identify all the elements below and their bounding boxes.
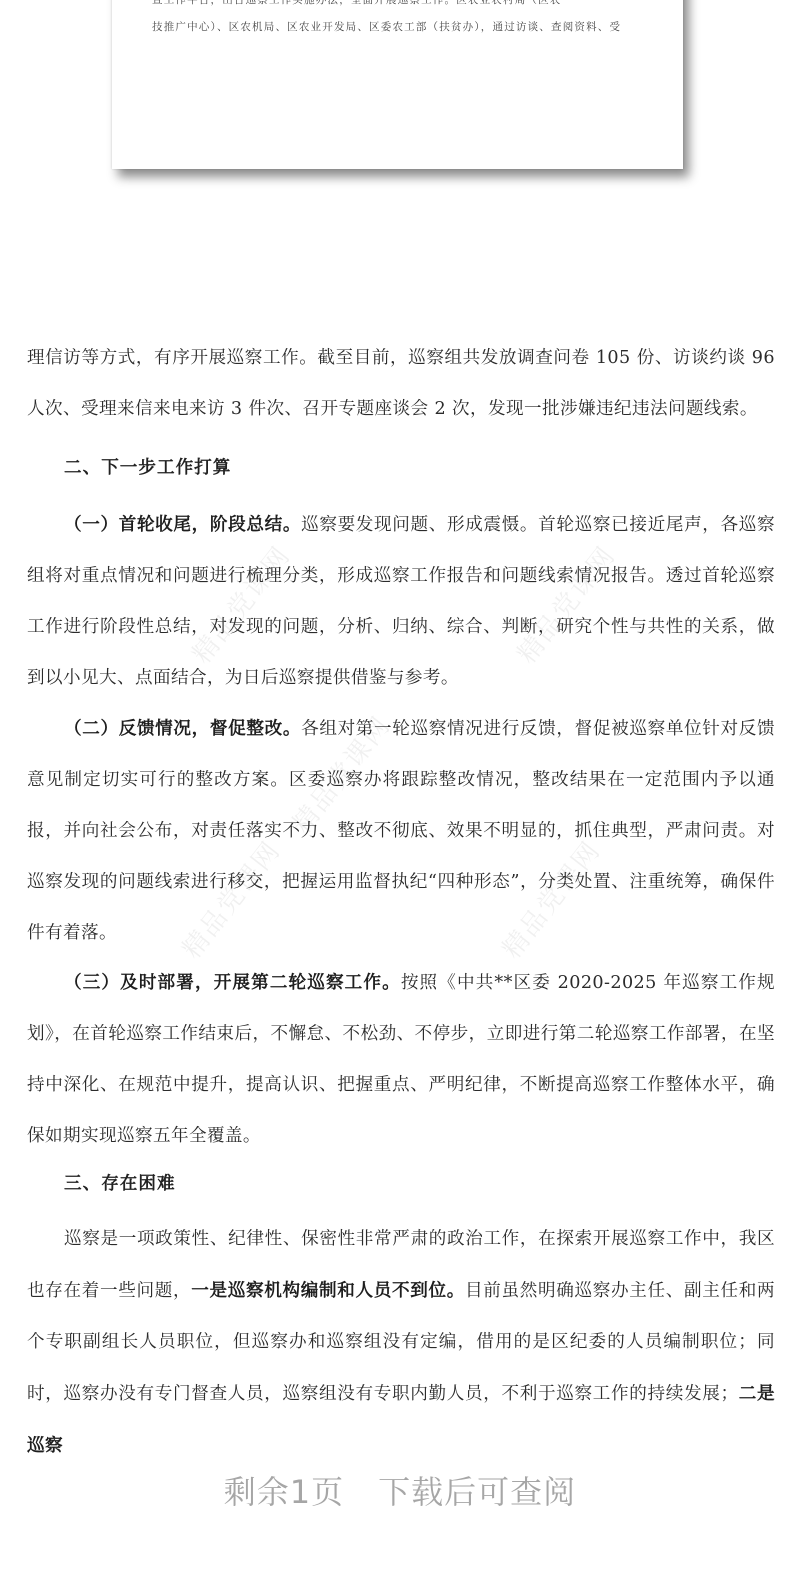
item-1-text: 巡察要发现问题、形成震慑。首轮巡察已接近尾声，各巡察组将对重点情况和问题进行梳理… <box>27 515 775 688</box>
card-text-line-partial: 查工作平台，出台巡察工作实施办法，全面开展巡察工作。区农业农村局（区农 <box>152 0 562 7</box>
remaining-pages-label[interactable]: 剩余1页 <box>224 1473 344 1511</box>
item-3-title: （三）及时部署，开展第二轮巡察工作。 <box>64 972 401 993</box>
paragraph-difficulties: 巡察是一项政策性、纪律性、保密性非常严肃的政治工作，在探索开展巡察工作中，我区也… <box>27 1214 775 1472</box>
item-3-text: 按照《中共**区委 2020-2025 年巡察工作规划》，在首轮巡察工作结束后，… <box>27 973 775 1146</box>
paragraph-item-2: （二）反馈情况，督促整改。各组对第一轮巡察情况进行反馈，督促被巡察单位针对反馈意… <box>27 703 775 959</box>
difficulty-1-title: 一是巡察机构编制和人员不到位。 <box>191 1280 465 1301</box>
card-text-line: 技推广中心）、区农机局、区农业开发局、区委农工部（扶贫办），通过访谈、查阅资料、… <box>152 19 621 34</box>
download-prompt[interactable]: 剩余1页下载后可查阅 <box>0 1467 800 1513</box>
item-1-title: （一）首轮收尾，阶段总结。 <box>64 514 301 535</box>
paragraph-item-3: （三）及时部署，开展第二轮巡察工作。按照《中共**区委 2020-2025 年巡… <box>27 957 775 1162</box>
section-heading-difficulties: 三、存在困难 <box>64 1170 176 1195</box>
download-hint-label[interactable]: 下载后可查阅 <box>378 1473 576 1511</box>
section-heading-next-steps: 二、下一步工作打算 <box>64 454 231 479</box>
item-2-text: 各组对第一轮巡察情况进行反馈，督促被巡察单位针对反馈意见制定切实可行的整改方案。… <box>27 719 775 943</box>
paragraph-item-1: （一）首轮收尾，阶段总结。巡察要发现问题、形成震慑。首轮巡察已接近尾声，各巡察组… <box>27 499 775 704</box>
item-2-title: （二）反馈情况，督促整改。 <box>64 718 301 739</box>
paragraph-progress: 理信访等方式，有序开展巡察工作。截至目前，巡察组共发放调查问卷 105 份、访谈… <box>27 333 775 435</box>
preview-page-card: 查工作平台，出台巡察工作实施办法，全面开展巡察工作。区农业农村局（区农 技推广中… <box>112 0 683 169</box>
